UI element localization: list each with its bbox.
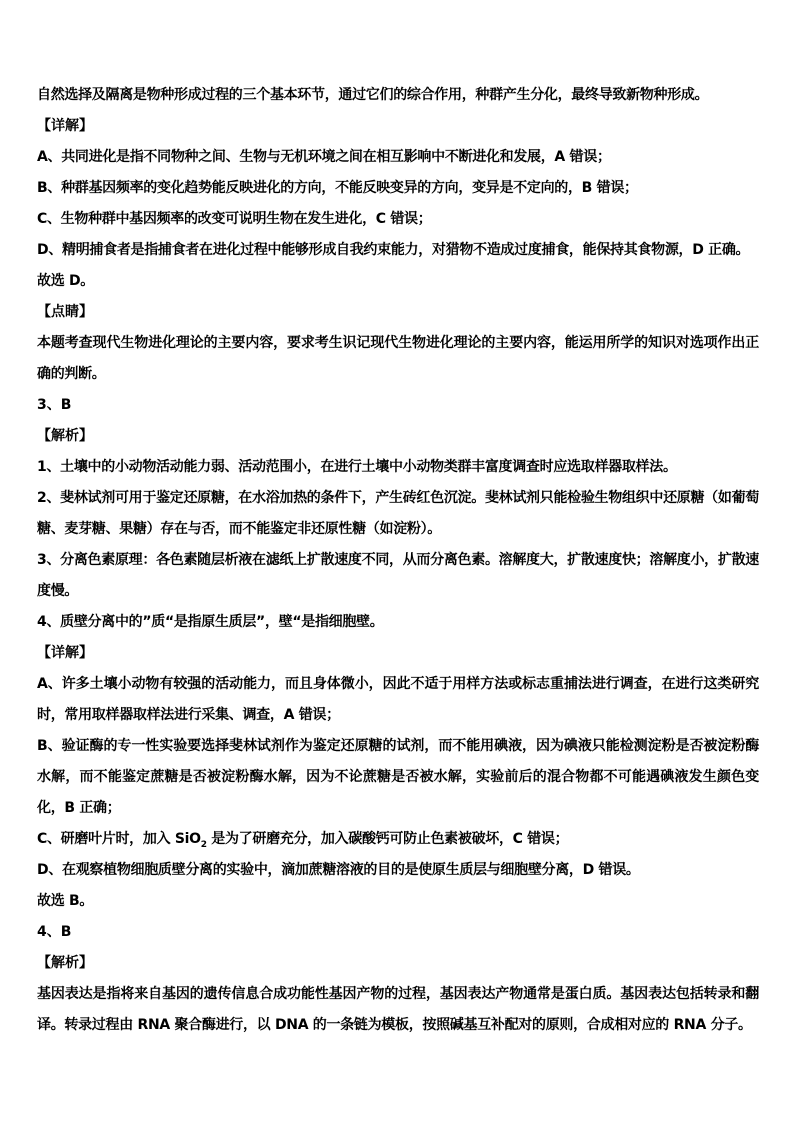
paragraph-speciation-summary: 自然选择及隔离是物种形成过程的三个基本环节，通过它们的综合作用，种群产生分化，最… (37, 80, 759, 111)
option-c-explanation: C、生物种群中基因频率的改变可说明生物在发生进化，C 错误； (37, 204, 759, 235)
section-heading-analysis: 【解析】 (37, 421, 759, 452)
option-b-explanation: B、种群基因频率的变化趋势能反映进化的方向，不能反映变异的方向，变异是不定向的，… (37, 173, 759, 204)
question-4-answer: 4、B (37, 917, 759, 948)
option-d-explanation: D、精明捕食者是指捕食者在进化过程中能够形成自我约束能力，对猎物不造成过度捕食，… (37, 235, 759, 266)
analysis-point-1: 1、土壤中的小动物活动能力弱、活动范围小，在进行土壤中小动物类群丰富度调查时应选… (37, 452, 759, 483)
option-b-explanation-2: B、验证酶的专一性实验要选择斐林试剂作为鉴定还原糖的试剂，而不能用碘液，因为碘液… (37, 731, 759, 824)
option-c-text-before: C、研磨叶片时，加入 SiO (37, 831, 201, 847)
option-a-explanation: A、共同进化是指不同物种之间、生物与无机环境之间在相互影响中不断进化和发展，A … (37, 142, 759, 173)
question-3-answer: 3、B (37, 390, 759, 421)
gene-expression-paragraph: 基因表达是指将来自基因的遗传信息合成功能性基因产物的过程，基因表达产物通常是蛋白… (37, 979, 759, 1041)
option-d-explanation-2: D、在观察植物细胞质壁分离的实验中，滴加蔗糖溶液的目的是使原生质层与细胞壁分离，… (37, 855, 759, 886)
option-a-explanation-2: A、许多土壤小动物有较强的活动能力，而且身体微小，因此不适于用样方法或标志重捕法… (37, 669, 759, 731)
section-heading-details-2: 【详解】 (37, 638, 759, 669)
analysis-point-4: 4、质壁分离中的”质“是指原生质层”，壁“是指细胞壁。 (37, 607, 759, 638)
section-heading-details: 【详解】 (37, 111, 759, 142)
option-c-text-after: 是为了研磨充分，加入碳酸钙可防止色素被破坏，C 错误； (207, 831, 569, 847)
answer-conclusion: 故选 D。 (37, 266, 759, 297)
analysis-point-3: 3、分离色素原理：各色素随层析液在滤纸上扩散速度不同，从而分离色素。溶解度大，扩… (37, 545, 759, 607)
option-c-explanation-2: C、研磨叶片时，加入 SiO2 是为了研磨充分，加入碳酸钙可防止色素被破坏，C … (37, 824, 759, 855)
section-heading-analysis-2: 【解析】 (37, 948, 759, 979)
analysis-point-2: 2、斐林试剂可用于鉴定还原糖，在水浴加热的条件下，产生砖红色沉淀。斐林试剂只能检… (37, 483, 759, 545)
document-page: 自然选择及隔离是物种形成过程的三个基本环节，通过它们的综合作用，种群产生分化，最… (37, 80, 759, 1041)
answer-conclusion-2: 故选 B。 (37, 886, 759, 917)
key-points-paragraph: 本题考查现代生物进化理论的主要内容，要求考生识记现代生物进化理论的主要内容，能运… (37, 328, 759, 390)
section-heading-key-points: 【点睛】 (37, 297, 759, 328)
